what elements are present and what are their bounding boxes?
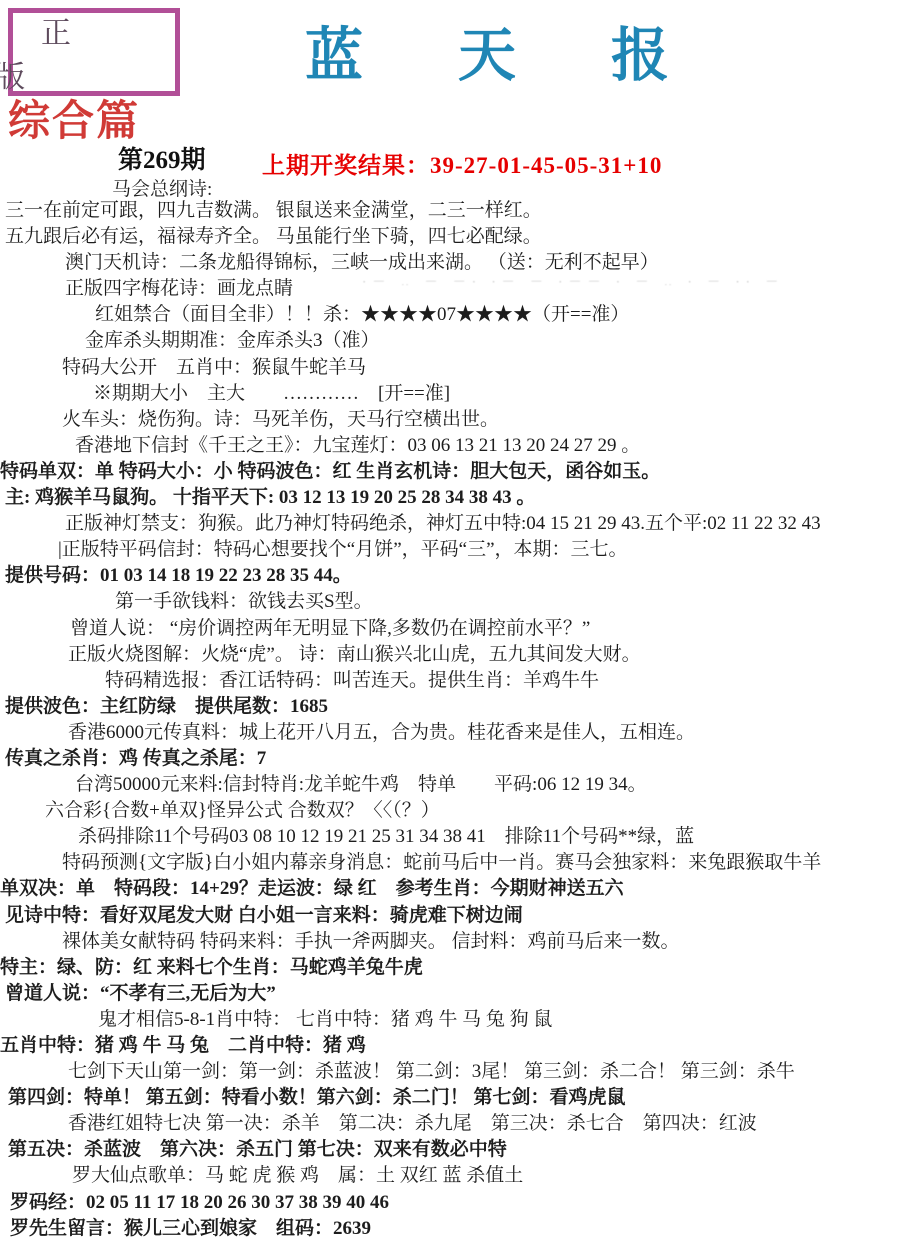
text-line: 见诗中特：看好双尾发大财 白小姐一言来料：骑虎难下树边闹 (0, 903, 900, 929)
text-line: 杀码排除11个号码03 08 10 12 19 21 25 31 34 38 4… (0, 824, 900, 850)
text-line: 提供波色：主红防绿 提供尾数：1685 (0, 694, 900, 720)
text-line: 香港地下信封《千王之王》：九宝莲灯：03 06 13 21 13 20 24 2… (0, 433, 900, 459)
text-line: 第四剑：特单！ 第五剑：特看小数！第六剑：杀二门！ 第七剑：看鸡虎鼠 (0, 1085, 900, 1111)
text-line: 第一手欲钱料：欲钱去买S型。 (0, 589, 900, 615)
issue-number: 第269期 (118, 140, 206, 176)
text-line: 鬼才相信5-8-1肖中特： 七肖中特：猪 鸡 牛 马 兔 狗 鼠 (0, 1007, 900, 1033)
text-line: 裸体美女献特码 特码来料：手执一斧两脚夹。 信封料：鸡前马后来一数。 (0, 929, 900, 955)
newspaper-page: 正 版 蓝天报 综合篇 第269期 马会总纲诗: 上期开奖结果：39-27-01… (0, 0, 900, 1243)
text-line: 特码单双：单 特码大小：小 特码波色：红 生肖玄机诗：胆大包天，函谷如玉。 (0, 459, 900, 485)
text-line: 台湾50000元来料:信封特肖:龙羊蛇牛鸡 特单 平码:06 12 19 34。 (0, 772, 900, 798)
text-line: 特主：绿、防：红 来料七个生肖：马蛇鸡羊兔牛虎 (0, 955, 900, 981)
section-heading: 综合篇 (8, 88, 140, 148)
text-line: 曾道人说：“不孝有三,无后为大” (0, 981, 900, 1007)
poem-heading: 马会总纲诗: (112, 174, 212, 201)
text-line: 金库杀头期期准：金库杀头3（准） (0, 328, 900, 354)
text-line: 三一在前定可跟，四九吉数满。 银鼠送来金满堂，二三一样红。 (0, 198, 900, 224)
text-line: 红姐禁合（面目全非）！！杀：★★★★07★★★★（开==准） (0, 302, 900, 328)
text-line: 罗先生留言：猴儿三心到娘家 组码：2639 (0, 1216, 900, 1242)
text-line: 澳门天机诗：二条龙船得锦标，三峡一成出来湖。 （送：无利不起早） (0, 250, 900, 276)
text-line: 特码预测{文字版}白小姐内幕亲身消息：蛇前马后中一肖。赛马会独家料：来兔跟猴取牛… (0, 850, 900, 876)
text-line: 香港6000元传真料：城上花开八月五，合为贵。桂花香来是佳人，五相连。 (0, 720, 900, 746)
last-draw-result: 上期开奖结果：39-27-01-45-05-31+10 (262, 147, 662, 180)
text-line: 香港红姐特七决 第一决：杀羊 第二决：杀九尾 第三决：杀七合 第四决：红波 (0, 1111, 900, 1137)
text-line: 罗大仙点歌单：马 蛇 虎 猴 鸡 属：土 双红 蓝 杀值土 (0, 1163, 900, 1189)
authentic-edition-badge: 正 版 (8, 8, 180, 96)
text-line: 正版四字梅花诗：画龙点睛 (0, 276, 900, 302)
text-line: 正版火烧图解：火烧“虎”。 诗：南山猴兴北山虎，五九其间发大财。 (0, 642, 900, 668)
text-line: 提供号码：01 03 14 18 19 22 23 28 35 44。 (0, 563, 900, 589)
page-title: 蓝天报 (305, 8, 865, 92)
text-line: 罗码经：02 05 11 17 18 20 26 30 37 38 39 40 … (0, 1190, 900, 1216)
text-line: 传真之杀肖：鸡 传真之杀尾：7 (0, 746, 900, 772)
text-line: |正版特平码信封：特码心想要找个“月饼”，平码“三”，本期：三七。 (0, 537, 900, 563)
text-line: 特码大公开 五肖中：猴鼠牛蛇羊马 (0, 355, 900, 381)
badge-label: 正 版 (0, 8, 193, 96)
body-text-block: 三一在前定可跟，四九吉数满。 银鼠送来金满堂，二三一样红。五九跟后必有运，福禄寿… (0, 198, 900, 1242)
text-line: ※期期大小 主大 ………… [开==准] (0, 381, 900, 407)
text-line: 五肖中特：猪 鸡 牛 马 兔 二肖中特：猪 鸡 (0, 1033, 900, 1059)
text-line: 六合彩{合数+单双}怪异公式 合数双？〈〈（？） (0, 798, 900, 824)
text-line: 第五决：杀蓝波 第六决：杀五门 第七决：双来有数必中特 (0, 1137, 900, 1163)
text-line: 正版神灯禁支：狗猴。此乃神灯特码绝杀，神灯五中特:04 15 21 29 43.… (0, 511, 900, 537)
text-line: 曾道人说： “房价调控两年无明显下降,多数仍在调控前水平？” (0, 616, 900, 642)
text-line: 五九跟后必有运，福禄寿齐全。 马虽能行坐下骑，四七必配绿。 (0, 224, 900, 250)
text-line: 七剑下天山第一剑：第一剑：杀蓝波！ 第二剑：3尾！ 第三剑：杀二合！ 第三剑：杀… (0, 1059, 900, 1085)
text-line: 主: 鸡猴羊马鼠狗。 十指平天下: 03 12 13 19 20 25 28 3… (0, 485, 900, 511)
text-line: 单双决：单 特码段：14+29？走运波：绿 红 参考生肖：今期财神送五六 (0, 876, 900, 902)
text-line: 特码精选报：香江话特码：叫苦连天。提供生肖：羊鸡牛牛 (0, 668, 900, 694)
text-line: 火车头：烧伤狗。诗：马死羊伤，天马行空横出世。 (0, 407, 900, 433)
